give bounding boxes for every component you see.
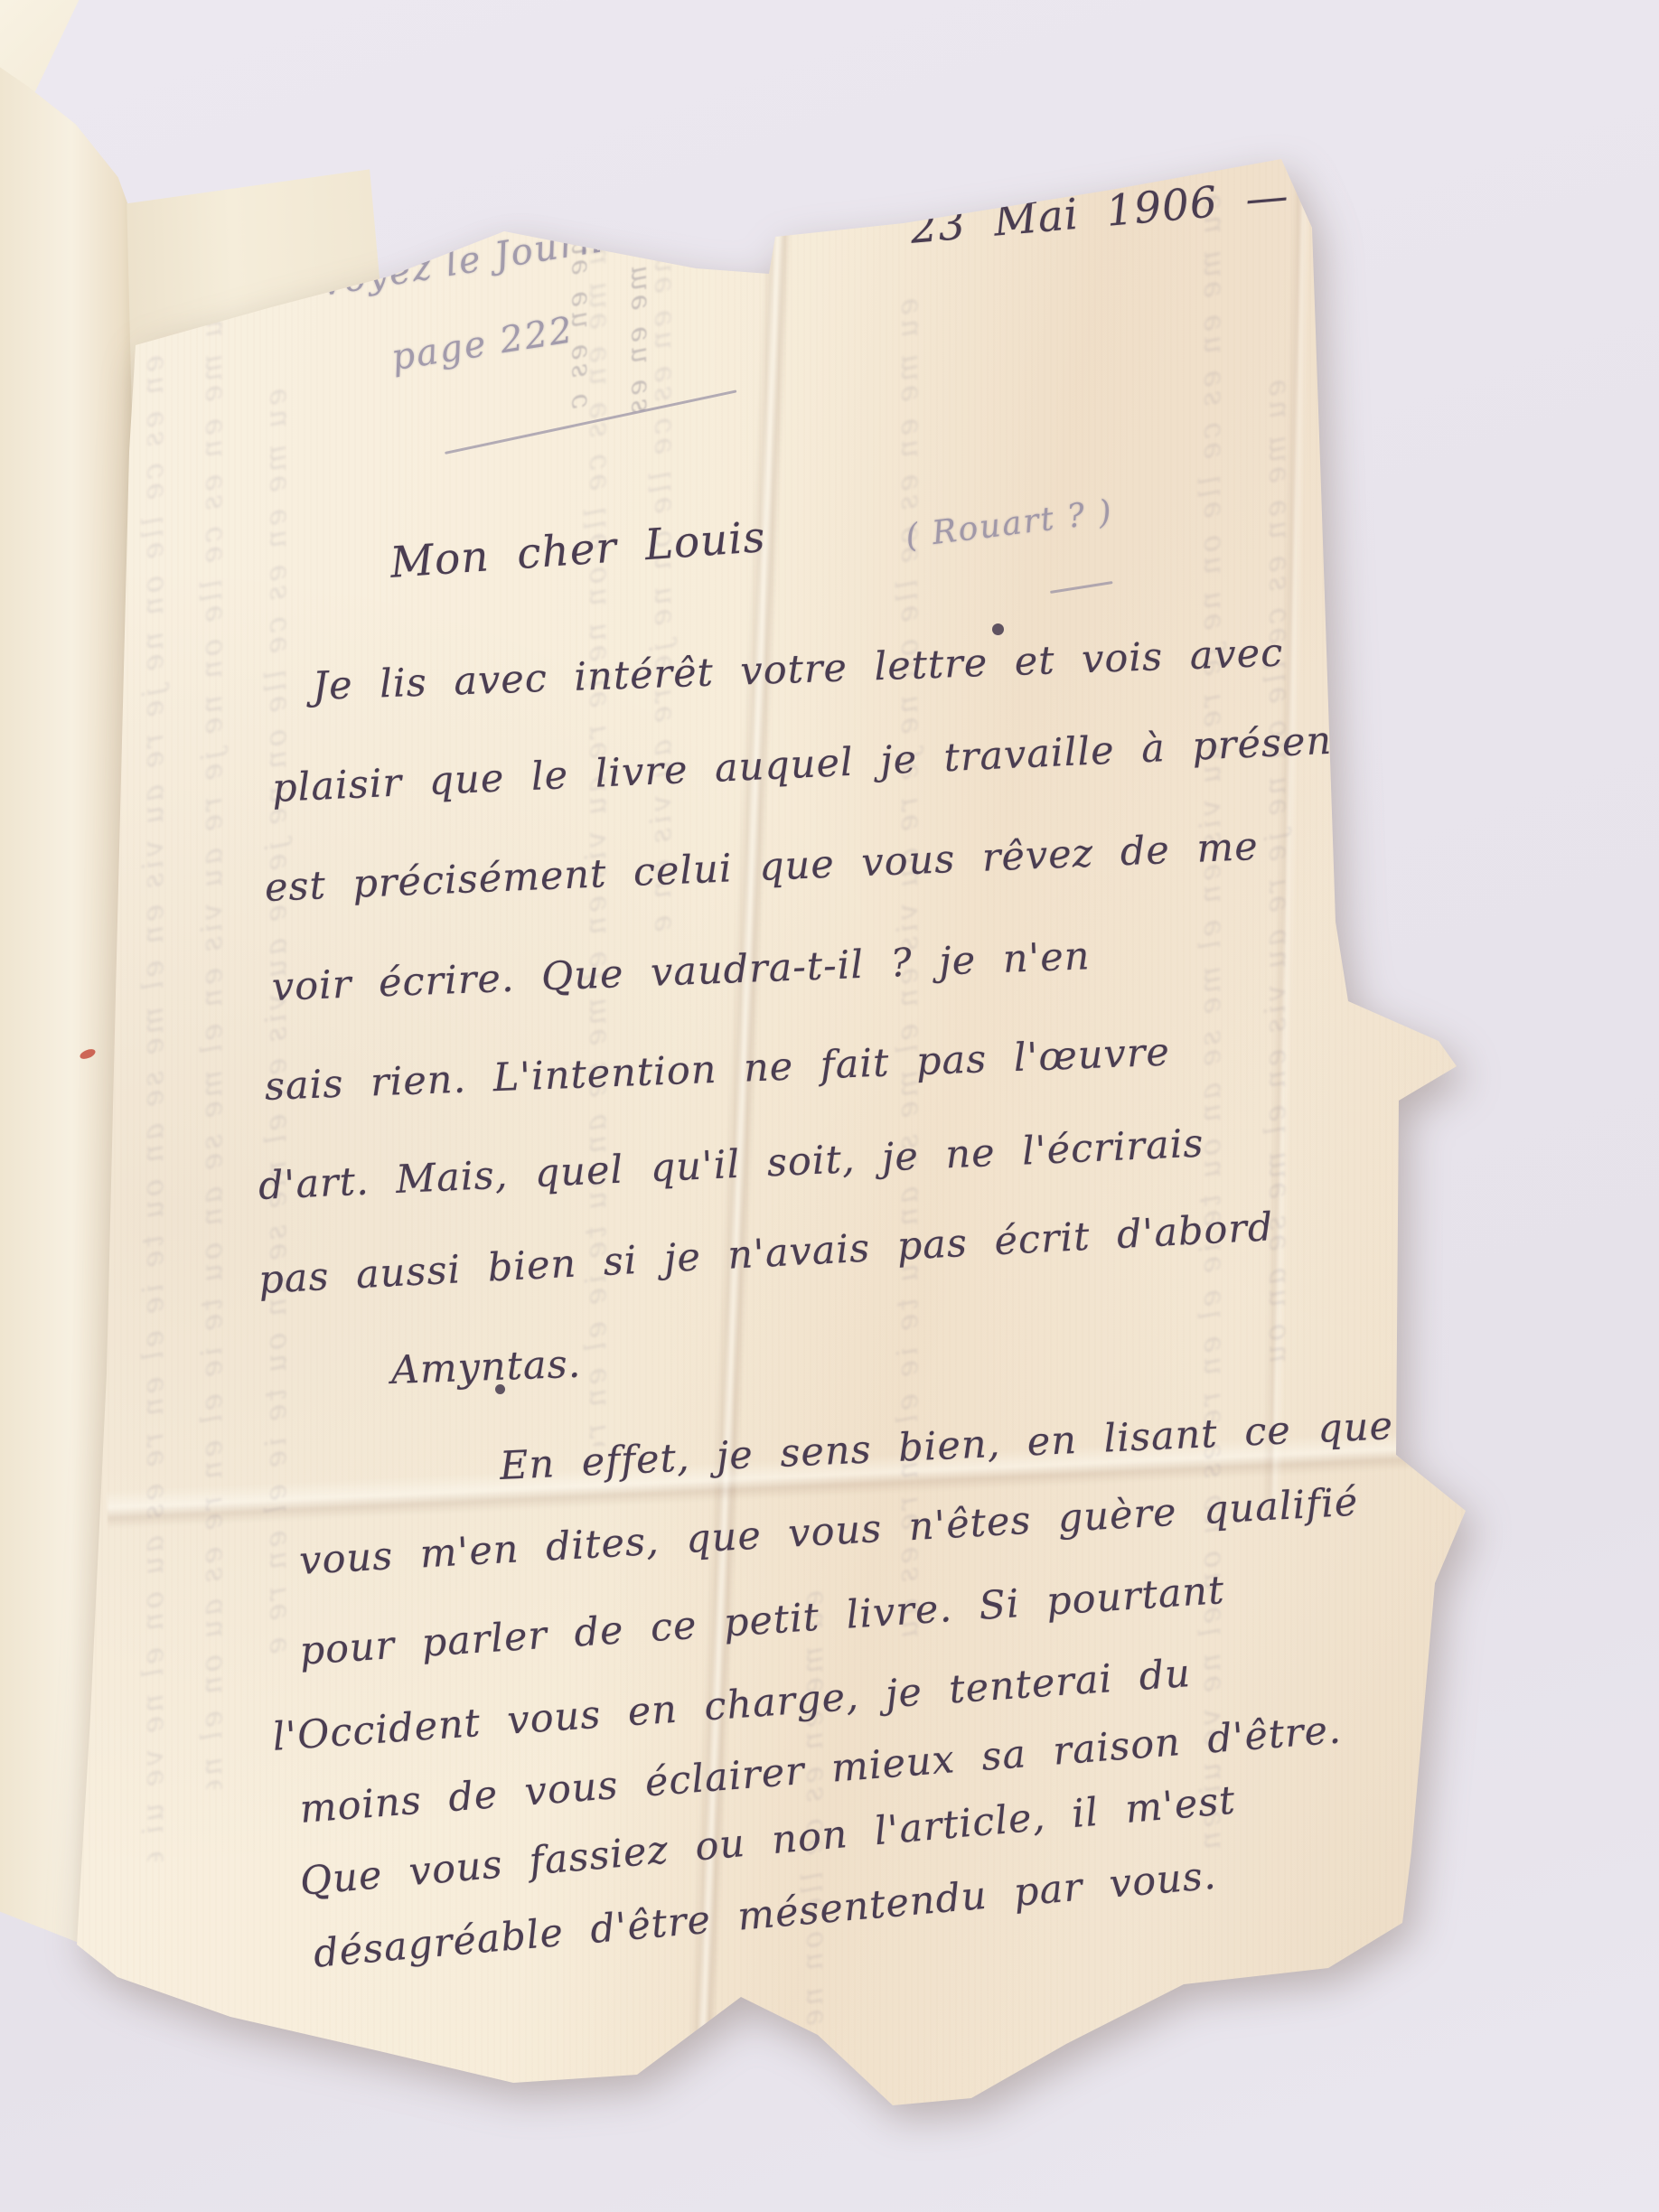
pencil-underline bbox=[1050, 581, 1113, 594]
letter-line-8: Amyntas. bbox=[390, 1342, 582, 1393]
letter-line-7: pas aussi bien si je n'avais pas écrit d… bbox=[258, 1204, 1275, 1303]
salutation: Mon cher Louis bbox=[389, 512, 767, 588]
pencil-note-name: ( Rouart ? ) bbox=[904, 493, 1115, 556]
ghost-writing: eu me en es ce lle on ne je re au vis en… bbox=[194, 298, 229, 1789]
ink-blot bbox=[495, 1384, 505, 1394]
right-fold-crease bbox=[1261, 170, 1312, 1516]
ghost-writing: eu me en es ce lle on ne je re au vis en… bbox=[1193, 194, 1227, 1866]
pencil-underline bbox=[445, 389, 736, 455]
ghost-writing: eu me en es ce lle on ne je re au vis en… bbox=[795, 1590, 829, 2024]
ghost-writing: eu me en es ce lle on ne je re au vis en… bbox=[258, 389, 293, 1654]
ink-blot bbox=[992, 623, 1004, 635]
letter-line-2: plaisir que le livre auquel je travaille… bbox=[271, 717, 1349, 811]
letter-line-5: sais rien. L'intention ne fait pas l'œuv… bbox=[264, 1030, 1171, 1110]
ghost-writing: eu me en es ce lle on ne je re au vis en… bbox=[136, 235, 170, 1861]
photo-of-letter: eu me en es ce lle on ne je re au vis en… bbox=[0, 0, 1659, 2212]
letter-sheet: eu me en es ce lle on ne je re au vis en… bbox=[0, 0, 1659, 2212]
letter-line-1: Je lis avec intérêt votre lettre et vois… bbox=[312, 630, 1284, 708]
letter-sheet-wrapper: eu me en es ce lle on ne je re au vis en… bbox=[0, 0, 1659, 2212]
letter-line-4: voir écrire. Que vaudra-t-il ? je n'en bbox=[271, 933, 1091, 1010]
date-line: 23 Mai 1906 — bbox=[908, 171, 1291, 253]
pencil-note-journal: Voyez le Journal bbox=[316, 213, 642, 305]
pencil-scribble: eu me en es ce lle on ne je re au vis en… bbox=[562, 177, 594, 412]
pencil-note-page: page 222 bbox=[389, 309, 576, 379]
pencil-scribble: eu me en es ce lle on ne je re au vis en… bbox=[622, 212, 653, 420]
